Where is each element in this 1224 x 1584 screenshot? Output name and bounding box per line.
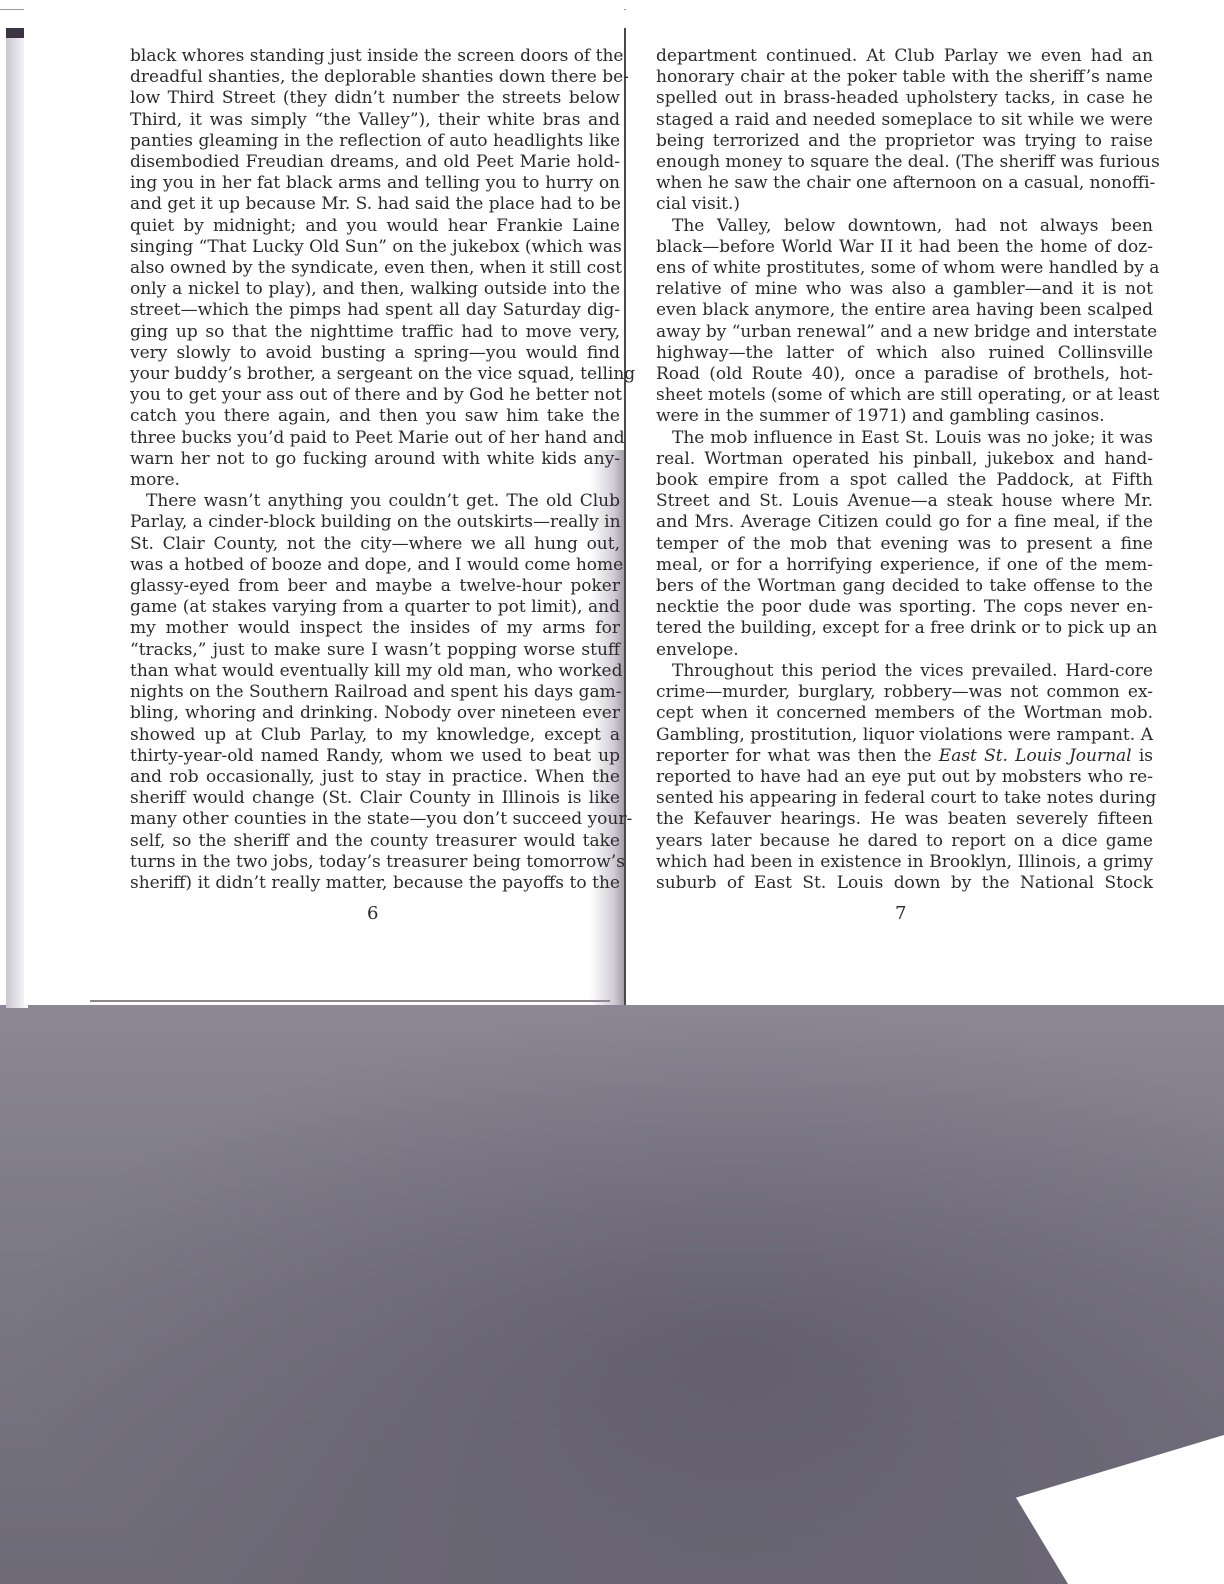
paragraph: There wasn’t anything you couldn’t get. … bbox=[130, 491, 620, 894]
paragraph: The Valley, below downtown, had not alwa… bbox=[656, 216, 1153, 428]
text-line: many other counties in the state—you don… bbox=[130, 809, 620, 830]
text-line: even black anymore, the entire area havi… bbox=[656, 300, 1153, 321]
paragraph: black whores standing just inside the sc… bbox=[130, 46, 620, 491]
text-line: and get it up because Mr. S. had said th… bbox=[130, 194, 620, 215]
text-line: were in the summer of 1971) and gambling… bbox=[656, 406, 1153, 427]
text-line: only a nickel to play), and then, walkin… bbox=[130, 279, 620, 300]
text-line: street—which the pimps had spent all day… bbox=[130, 300, 620, 321]
page-number-right: 7 bbox=[895, 903, 906, 924]
text-line: The mob influence in East St. Louis was … bbox=[656, 428, 1153, 449]
text-line: “tracks,” just to make sure I wasn’t pop… bbox=[130, 640, 620, 661]
text-line: ging up so that the nighttime traffic ha… bbox=[130, 322, 620, 343]
paragraph: department continued. At Club Parlay we … bbox=[656, 46, 1153, 216]
text-line: the Kefauver hearings. He was beaten sev… bbox=[656, 809, 1153, 830]
text-line: cial visit.) bbox=[656, 194, 1153, 215]
right-page-text: department continued. At Club Parlay we … bbox=[656, 46, 1153, 894]
text-line: temper of the mob that evening was to pr… bbox=[656, 534, 1153, 555]
text-line: sheriff) it didn’t really matter, becaus… bbox=[130, 873, 620, 894]
text-line: sheriff would change (St. Clair County i… bbox=[130, 788, 620, 809]
text-line: self, so the sheriff and the county trea… bbox=[130, 831, 620, 852]
text-line: panties gleaming in the reflection of au… bbox=[130, 131, 620, 152]
text-line: relative of mine who was also a gambler—… bbox=[656, 279, 1153, 300]
text-line: low Third Street (they didn’t number the… bbox=[130, 88, 620, 109]
text-line: game (at stakes varying from a quarter t… bbox=[130, 597, 620, 618]
text-line: also owned by the syndicate, even then, … bbox=[130, 258, 620, 279]
text-line: staged a raid and needed someplace to si… bbox=[656, 110, 1153, 131]
text-line: necktie the poor dude was sporting. The … bbox=[656, 597, 1153, 618]
text-line: disembodied Freudian dreams, and old Pee… bbox=[130, 152, 620, 173]
text-line: Road (old Route 40), once a paradise of … bbox=[656, 364, 1153, 385]
text-line: The Valley, below downtown, had not alwa… bbox=[656, 216, 1153, 237]
text-line: sheet motels (some of which are still op… bbox=[656, 385, 1153, 406]
text-line: tered the building, except for a free dr… bbox=[656, 618, 1153, 639]
text-line: years later because he dared to report o… bbox=[656, 831, 1153, 852]
text-line: spelled out in brass-headed upholstery t… bbox=[656, 88, 1153, 109]
text-line: singing “That Lucky Old Sun” on the juke… bbox=[130, 237, 620, 258]
text-line: thirty-year-old named Randy, whom we use… bbox=[130, 746, 620, 767]
text-line: There wasn’t anything you couldn’t get. … bbox=[130, 491, 620, 512]
text-line: Throughout this period the vices prevail… bbox=[656, 661, 1153, 682]
text-line: department continued. At Club Parlay we … bbox=[656, 46, 1153, 67]
text-line: being terrorized and the proprietor was … bbox=[656, 131, 1153, 152]
text-line: very slowly to avoid busting a spring—yo… bbox=[130, 343, 620, 364]
text-line: more. bbox=[130, 470, 620, 491]
newspaper-title: East St. Louis Journal bbox=[939, 746, 1132, 766]
text-line: envelope. bbox=[656, 640, 1153, 661]
text-line: was a hotbed of booze and dope, and I wo… bbox=[130, 555, 620, 576]
text-line: cept when it concerned members of the Wo… bbox=[656, 703, 1153, 724]
text-line: real. Wortman operated his pinball, juke… bbox=[656, 449, 1153, 470]
text-line: three bucks you’d paid to Peet Marie out… bbox=[130, 428, 620, 449]
text-line-with-title: reporter for what was then the East St. … bbox=[656, 746, 1153, 767]
text-line: black—before World War II it had been th… bbox=[656, 237, 1153, 258]
text-line: showed up at Club Parlay, to my knowledg… bbox=[130, 725, 620, 746]
text-line: nights on the Southern Railroad and spen… bbox=[130, 682, 620, 703]
text-line: and Mrs. Average Citizen could go for a … bbox=[656, 512, 1153, 533]
text-line: my mother would inspect the insides of m… bbox=[130, 618, 620, 639]
text-fragment: is bbox=[1132, 746, 1153, 766]
text-line: sented his appearing in federal court to… bbox=[656, 788, 1153, 809]
text-line: Gambling, prostitution, liquor violation… bbox=[656, 725, 1153, 746]
text-line: crime—murder, burglary, robbery—was not … bbox=[656, 682, 1153, 703]
text-line: Parlay, a cinder-block building on the o… bbox=[130, 512, 620, 533]
paragraph: Throughout this period the vices prevail… bbox=[656, 661, 1153, 894]
text-line: book empire from a spot called the Paddo… bbox=[656, 470, 1153, 491]
text-line: ens of white prostitutes, some of whom w… bbox=[656, 258, 1153, 279]
text-line: away by “urban renewal” and a new bridge… bbox=[656, 322, 1153, 343]
text-line: reported to have had an eye put out by m… bbox=[656, 767, 1153, 788]
text-line: enough money to square the deal. (The sh… bbox=[656, 152, 1153, 173]
text-line: Street and St. Louis Avenue—a steak hous… bbox=[656, 491, 1153, 512]
text-line: turns in the two jobs, today’s treasurer… bbox=[130, 852, 620, 873]
text-line: Third, it was simply “the Valley”), thei… bbox=[130, 110, 620, 131]
text-line: black whores standing just inside the sc… bbox=[130, 46, 620, 67]
text-line: dreadful shanties, the deplorable shanti… bbox=[130, 67, 620, 88]
text-line: you to get your ass out of there and by … bbox=[130, 385, 620, 406]
page-number-left: 6 bbox=[367, 903, 378, 924]
text-line: suburb of East St. Louis down by the Nat… bbox=[656, 873, 1153, 894]
left-page-text: black whores standing just inside the sc… bbox=[130, 46, 620, 894]
text-line: your buddy’s brother, a sergeant on the … bbox=[130, 364, 620, 385]
text-line: than what would eventually kill my old m… bbox=[130, 661, 620, 682]
text-line: ing you in her fat black arms and tellin… bbox=[130, 173, 620, 194]
text-line: catch you there again, and then you saw … bbox=[130, 406, 620, 427]
text-line: glassy-eyed from beer and maybe a twelve… bbox=[130, 576, 620, 597]
text-line: bling, whoring and drinking. Nobody over… bbox=[130, 703, 620, 724]
left-page-bottom-edge bbox=[90, 1000, 610, 1002]
text-line: when he saw the chair one afternoon on a… bbox=[656, 173, 1153, 194]
text-line: bers of the Wortman gang decided to take… bbox=[656, 576, 1153, 597]
text-line: highway—the latter of which also ruined … bbox=[656, 343, 1153, 364]
text-line: and rob occasionally, just to stay in pr… bbox=[130, 767, 620, 788]
text-line: honorary chair at the poker table with t… bbox=[656, 67, 1153, 88]
text-fragment: reporter for what was then the bbox=[656, 746, 939, 766]
text-line: which had been in existence in Brooklyn,… bbox=[656, 852, 1153, 873]
text-line: St. Clair County, not the city—where we … bbox=[130, 534, 620, 555]
text-line: quiet by midnight; and you would hear Fr… bbox=[130, 216, 620, 237]
text-line: meal, or for a horrifying experience, if… bbox=[656, 555, 1153, 576]
text-line: warn her not to go fucking around with w… bbox=[130, 449, 620, 470]
paragraph: The mob influence in East St. Louis was … bbox=[656, 428, 1153, 661]
